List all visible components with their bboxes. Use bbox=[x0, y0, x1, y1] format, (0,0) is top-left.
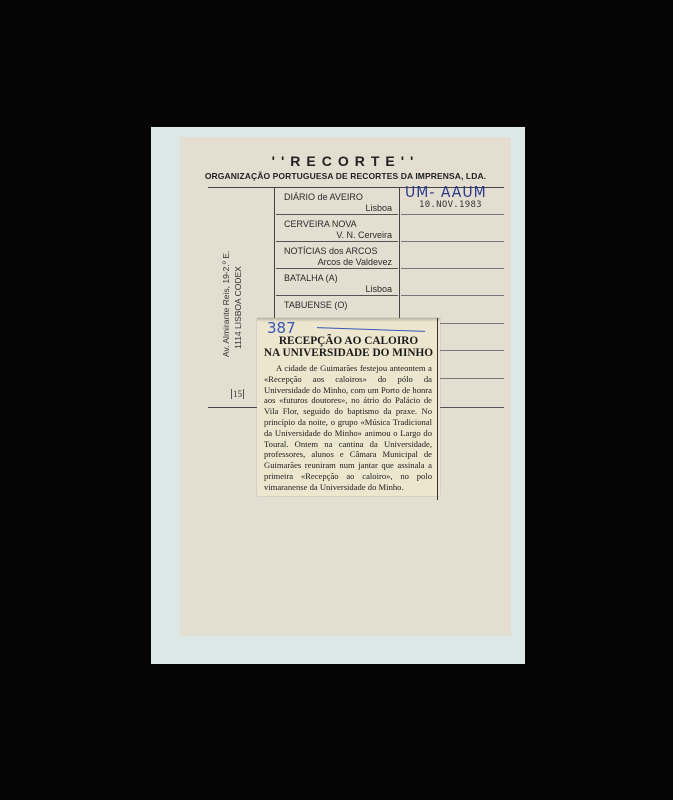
publication-row: DIÁRIO de AVEIRO Lisboa bbox=[276, 188, 398, 215]
divider bbox=[401, 268, 504, 269]
archive-stamp: UM- AAUM bbox=[405, 185, 487, 202]
publication-row: NOTÍCIAS dos ARCOS Arcos de Valdevez bbox=[276, 242, 398, 269]
headline: RECEPÇÃO AO CALOIRO NA UNIVERSIDADE DO M… bbox=[257, 335, 440, 359]
divider bbox=[401, 214, 504, 215]
address-line: 1114 LISBOA CODEX bbox=[232, 251, 244, 357]
publication-name: DIÁRIO de AVEIRO bbox=[284, 192, 363, 202]
page-number: 15 bbox=[231, 389, 244, 399]
publication-name: NOTÍCIAS dos ARCOS bbox=[284, 246, 378, 256]
address-line: Av. Almirante Reis, 19-2.º E. bbox=[220, 251, 232, 357]
publication-name: TABUENSE (O) bbox=[284, 300, 347, 310]
divider bbox=[401, 295, 504, 296]
newspaper-clipping: 387 RECEPÇÃO AO CALOIRO NA UNIVERSIDADE … bbox=[257, 318, 440, 496]
publication-name: BATALHA (A) bbox=[284, 273, 338, 283]
article-body: A cidade de Guimarães festejou anteontem… bbox=[264, 363, 432, 493]
publication-location: Lisboa bbox=[365, 284, 392, 294]
pen-mark bbox=[317, 327, 425, 332]
publication-location: V. N. Cerveira bbox=[336, 230, 392, 240]
address-block: Av. Almirante Reis, 19-2.º E. 1114 LISBO… bbox=[220, 251, 244, 357]
publication-row: CERVEIRA NOVA V. N. Cerveira bbox=[276, 215, 398, 242]
publication-location: Lisboa bbox=[365, 203, 392, 213]
divider bbox=[437, 318, 438, 500]
headline-line: NA UNIVERSIDADE DO MINHO bbox=[257, 347, 440, 359]
card-title: ''RECORTE'' bbox=[180, 153, 511, 169]
stamp-date: 10.NOV.1983 bbox=[419, 200, 482, 210]
headline-line: RECEPÇÃO AO CALOIRO bbox=[257, 335, 440, 347]
publication-location: Arcos de Valdevez bbox=[318, 257, 392, 267]
publication-row: BATALHA (A) Lisboa bbox=[276, 269, 398, 296]
publication-name: CERVEIRA NOVA bbox=[284, 219, 357, 229]
divider bbox=[401, 241, 504, 242]
card-subtitle: ORGANIZAÇÃO PORTUGUESA DE RECORTES DA IM… bbox=[180, 171, 511, 181]
